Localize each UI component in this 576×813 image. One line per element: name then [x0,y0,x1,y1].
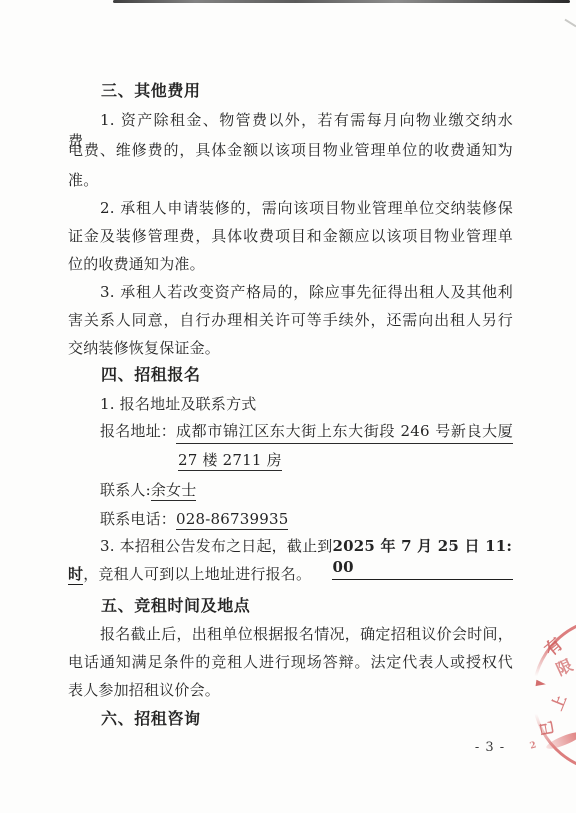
paragraph-line: 表人参加招租议价会。 [68,680,513,701]
address-label: 报名地址： [100,421,176,444]
phone-label: 联系电话： [100,510,176,528]
contact-name: 余女士 [151,481,197,501]
scan-artifact-top-edge [113,0,570,3]
seal-arc-outline [532,617,576,773]
contact-label: 联系人: [100,481,151,499]
contact-person-line: 联系人:余女士 [68,480,513,501]
seal-partial-character: 限 [552,653,576,681]
paragraph-line: 1. 报名地址及联系方式 [68,394,513,415]
paragraph-line: 2. 承租人申请装修的，需向该项目物业管理单位交纳装修保 [68,198,513,219]
contact-phone-line: 联系电话：028-86739935 [68,509,513,530]
section-heading-other-fees: 三、其他费用 [68,80,513,101]
paragraph-line: 位的收费通知为准。 [68,254,513,275]
seal-partial-character: 巳 [535,719,558,737]
seal-partial-character: 有 [538,630,567,660]
paragraph-line: 交纳装修恢复保证金。 [68,338,513,359]
registration-address-line-2: 27 楼 2711 房 [178,450,513,471]
seal-star-pointer-icon: ► [535,675,547,691]
deadline-text-continued: ，竞租人可到以上地址进行报名。 [83,565,311,583]
paragraph-line: 准。 [68,170,513,191]
section-heading-consultation: 六、招租咨询 [68,708,513,729]
seal-ink-smear [545,729,576,752]
paragraph-line: 3. 承租人若改变资产格局的，除应事先征得出租人及其他利 [68,282,513,303]
paragraph-line: 报名截止后，出租单位根据报名情况，确定招租议价会时间， [68,624,513,645]
section-heading-registration: 四、招租报名 [68,364,513,385]
scan-artifact-corner-mark [564,19,576,28]
page-number: - 3 - [455,740,525,755]
section-heading-bidding-time: 五、竞租时间及地点 [68,595,513,616]
seal-small-digit: 2 [529,740,538,751]
phone-number: 028-86739935 [176,510,288,530]
deadline-line-2: 时，竞租人可到以上地址进行报名。 [68,564,513,585]
deadline-datetime-continued: 时 [68,565,83,585]
registration-address-line: 报名地址： 成都市锦江区东大街上东大街段 246 号新良大厦 [68,421,513,444]
paragraph-line: 电话通知满足条件的竞租人进行现场答辩。法定代表人或授权代 [68,652,513,673]
scanned-document-page: 三、其他费用 1. 资产除租金、物管费以外，若有需每月向物业缴交纳水费、 电费、… [0,0,576,813]
paragraph-line: 证金及装修管理费，具体收费项目和金额应以该项目物业管理单 [68,226,513,247]
paragraph-line: 害关系人同意，自行办理相关许可等手续外，还需向出租人另行 [68,310,513,331]
seal-partial-character: 上 [546,692,571,714]
address-value-continued: 27 楼 2711 房 [178,451,282,471]
paragraph-line: 电费、维修费的，具体金额以该项目物业管理单位的收费通知为 [68,140,513,161]
address-value: 成都市锦江区东大街上东大街段 246 号新良大厦 [176,421,513,444]
